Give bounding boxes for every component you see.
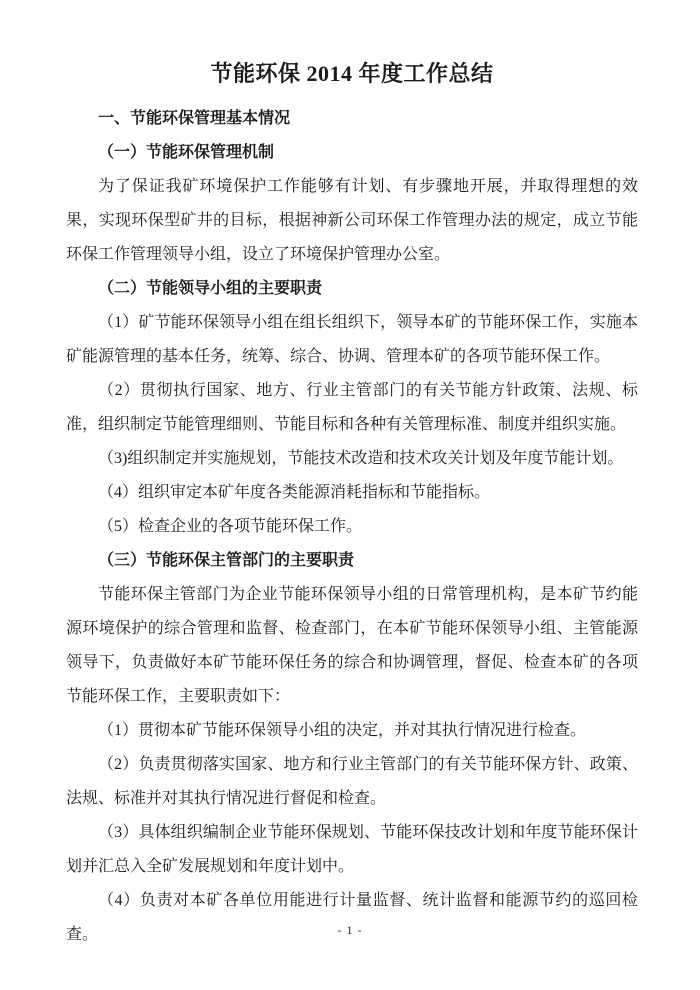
page-number: - 1 - — [0, 923, 700, 938]
list-item: （2）负责贯彻落实国家、地方和行业主管部门的有关节能环保方针、政策、法规、标准并… — [66, 748, 638, 816]
sub-heading: （三）节能环保主管部门的主要职责 — [66, 544, 638, 578]
document-content: 节能环保 2014 年度工作总结 一、节能环保管理基本情况（一）节能环保管理机制… — [66, 54, 638, 952]
list-item: （1）矿节能环保领导小组在组长组织下，领导本矿的节能环保工作，实施本矿能源管理的… — [66, 306, 638, 374]
list-item: （2）贯彻执行国家、地方、行业主管部门的有关节能方针政策、法规、标准，组织制定节… — [66, 374, 638, 442]
list-item: （5）检查企业的各项节能环保工作。 — [66, 510, 638, 544]
paragraph: 节能环保主管部门为企业节能环保领导小组的日常管理机构，是本矿节约能源环境保护的综… — [66, 578, 638, 714]
document-page: 节能环保 2014 年度工作总结 一、节能环保管理基本情况（一）节能环保管理机制… — [0, 0, 700, 990]
list-item: （1）贯彻本矿节能环保领导小组的决定，并对其执行情况进行检查。 — [66, 714, 638, 748]
document-title: 节能环保 2014 年度工作总结 — [66, 54, 638, 94]
section-heading: 一、节能环保管理基本情况 — [66, 102, 638, 136]
sub-heading: （二）节能领导小组的主要职责 — [66, 272, 638, 306]
sub-heading: （一）节能环保管理机制 — [66, 136, 638, 170]
list-item: （3)组织制定并实施规划，节能技术改造和技术攻关计划及年度节能计划。 — [66, 442, 638, 476]
list-item: （3）具体组织编制企业节能环保规划、节能环保技改计划和年度节能环保计划并汇总入全… — [66, 816, 638, 884]
list-item: （4）负责对本矿各单位用能进行计量监督、统计监督和能源节约的巡回检查。 — [66, 884, 638, 952]
list-item: （4）组织审定本矿年度各类能源消耗指标和节能指标。 — [66, 476, 638, 510]
document-body: 一、节能环保管理基本情况（一）节能环保管理机制为了保证我矿环境保护工作能够有计划… — [66, 102, 638, 952]
paragraph: 为了保证我矿环境保护工作能够有计划、有步骤地开展，并取得理想的效果，实现环保型矿… — [66, 170, 638, 272]
